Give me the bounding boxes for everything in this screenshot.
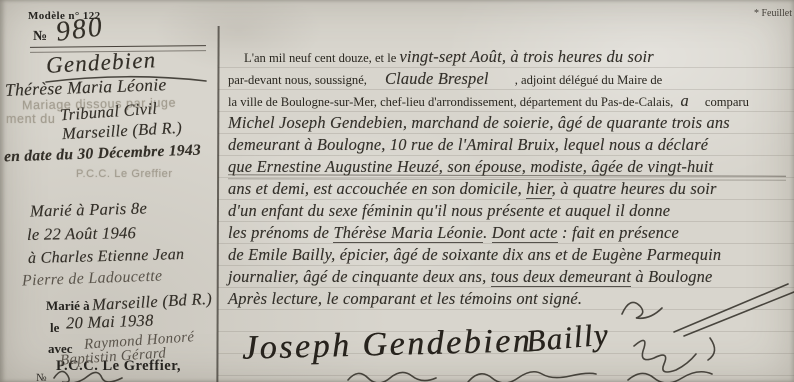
first-marriage-date: 20 Mai 1938 bbox=[66, 310, 154, 333]
handwritten-entry-text: ans et demi, est accouchée en son domici… bbox=[228, 179, 526, 198]
divorce-stamp-line2: ment du bbox=[6, 112, 55, 126]
handwritten-entry-text: a bbox=[680, 91, 688, 110]
second-marriage-note-line2: le 22 Août 1946 bbox=[27, 223, 136, 245]
act-text-line: la ville de Boulogne-sur-Mer, chef-lieu … bbox=[228, 90, 788, 112]
handwritten-entry-text: journalier, âgé de cinquante deux ans, bbox=[228, 267, 491, 286]
divorce-date-note: en date du 30 Décembre 1943 bbox=[4, 142, 202, 167]
act-text-line: les prénoms de Thérèse Maria Léonie. Don… bbox=[228, 222, 788, 244]
handwritten-entry-text: que Ernestine Augustine Heuzé, son épous… bbox=[228, 157, 713, 176]
handwritten-entry-text: : fait en présence bbox=[558, 223, 679, 242]
act-text-line: Michel Joseph Gendebien, marchand de soi… bbox=[228, 112, 788, 134]
handwritten-entry-text: demeurant à Boulogne, 10 rue de l'Amiral… bbox=[228, 135, 708, 154]
act-number-value: 980 bbox=[54, 11, 106, 49]
handwritten-entry-text: de Emile Bailly, épicier, âgé de soixant… bbox=[228, 245, 721, 264]
handwritten-entry-text: d'un enfant du sexe féminin qu'il nous p… bbox=[228, 201, 670, 220]
bottom-number-symbol: № bbox=[36, 372, 47, 382]
witness-signature: Bailly bbox=[525, 316, 611, 359]
handwritten-entry-text: Michel Joseph Gendebien, marchand de soi… bbox=[228, 113, 730, 132]
first-marriage-label-le: le bbox=[50, 320, 59, 336]
printed-form-text: par-devant nous, soussigné, bbox=[228, 73, 367, 87]
handwritten-entry-text: vingt-sept Août, à trois heures du soir bbox=[399, 47, 653, 66]
printed-form-text: , adjoint délégué du Maire de bbox=[515, 73, 663, 87]
main-column: * Feuillet L'an mil neuf cent douze, et … bbox=[228, 0, 788, 382]
declarant-signature: Joseph Gendebien bbox=[242, 322, 533, 368]
act-number-symbol: № bbox=[33, 29, 47, 45]
cut-off-signatures-fragments bbox=[348, 366, 748, 382]
handwritten-entry-text: Dont acte bbox=[492, 223, 558, 243]
first-marriage-label-marie: Marié à bbox=[46, 298, 90, 314]
greffier-stamp: P.C.C. Le Greffier bbox=[76, 168, 173, 180]
second-marriage-note-line3: à Charles Etienne Jean bbox=[28, 246, 185, 268]
handwritten-entry-text: hier bbox=[526, 179, 551, 199]
act-text-line: ans et demi, est accouchée en son domici… bbox=[228, 178, 788, 200]
margin-divider-line bbox=[216, 26, 219, 382]
feuillet-label: * Feuillet bbox=[754, 8, 792, 19]
act-text-line: L'an mil neuf cent douze, et le vingt-se… bbox=[228, 46, 788, 68]
handwritten-entry-text: Thérèse Maria Léonie bbox=[333, 223, 483, 243]
handwritten-entry-text: Après lecture, le comparant et les témoi… bbox=[228, 289, 582, 308]
handwritten-entry-text: les prénoms de bbox=[228, 223, 333, 242]
act-text-line: d'un enfant du sexe féminin qu'il nous p… bbox=[228, 200, 788, 222]
printed-form-text: la ville de Boulogne-sur-Mer, chef-lieu … bbox=[228, 95, 676, 109]
handwritten-entry-text: , à quatre heures du soir bbox=[552, 179, 717, 198]
civil-register-scan-page: Modèle n° 122 № 980 Gendebien Thérèse Ma… bbox=[0, 0, 794, 382]
printed-form-text: L'an mil neuf cent douze, et le bbox=[244, 51, 399, 65]
handwritten-entry-text: . bbox=[483, 223, 492, 242]
act-text-line: demeurant à Boulogne, 10 rue de l'Amiral… bbox=[228, 134, 788, 156]
printed-form-text: comparu bbox=[705, 95, 749, 109]
handwritten-entry-text: Claude Brespel bbox=[385, 69, 489, 88]
act-text-line: de Emile Bailly, épicier, âgé de soixant… bbox=[228, 244, 788, 266]
second-marriage-note-line1: Marié à Paris 8e bbox=[30, 198, 148, 221]
second-marriage-note-line4: Pierre de Ladoucette bbox=[22, 268, 163, 291]
greffier-signature-scribble bbox=[48, 364, 128, 382]
act-text-line: par-devant nous, soussigné,Claude Brespe… bbox=[228, 68, 788, 90]
